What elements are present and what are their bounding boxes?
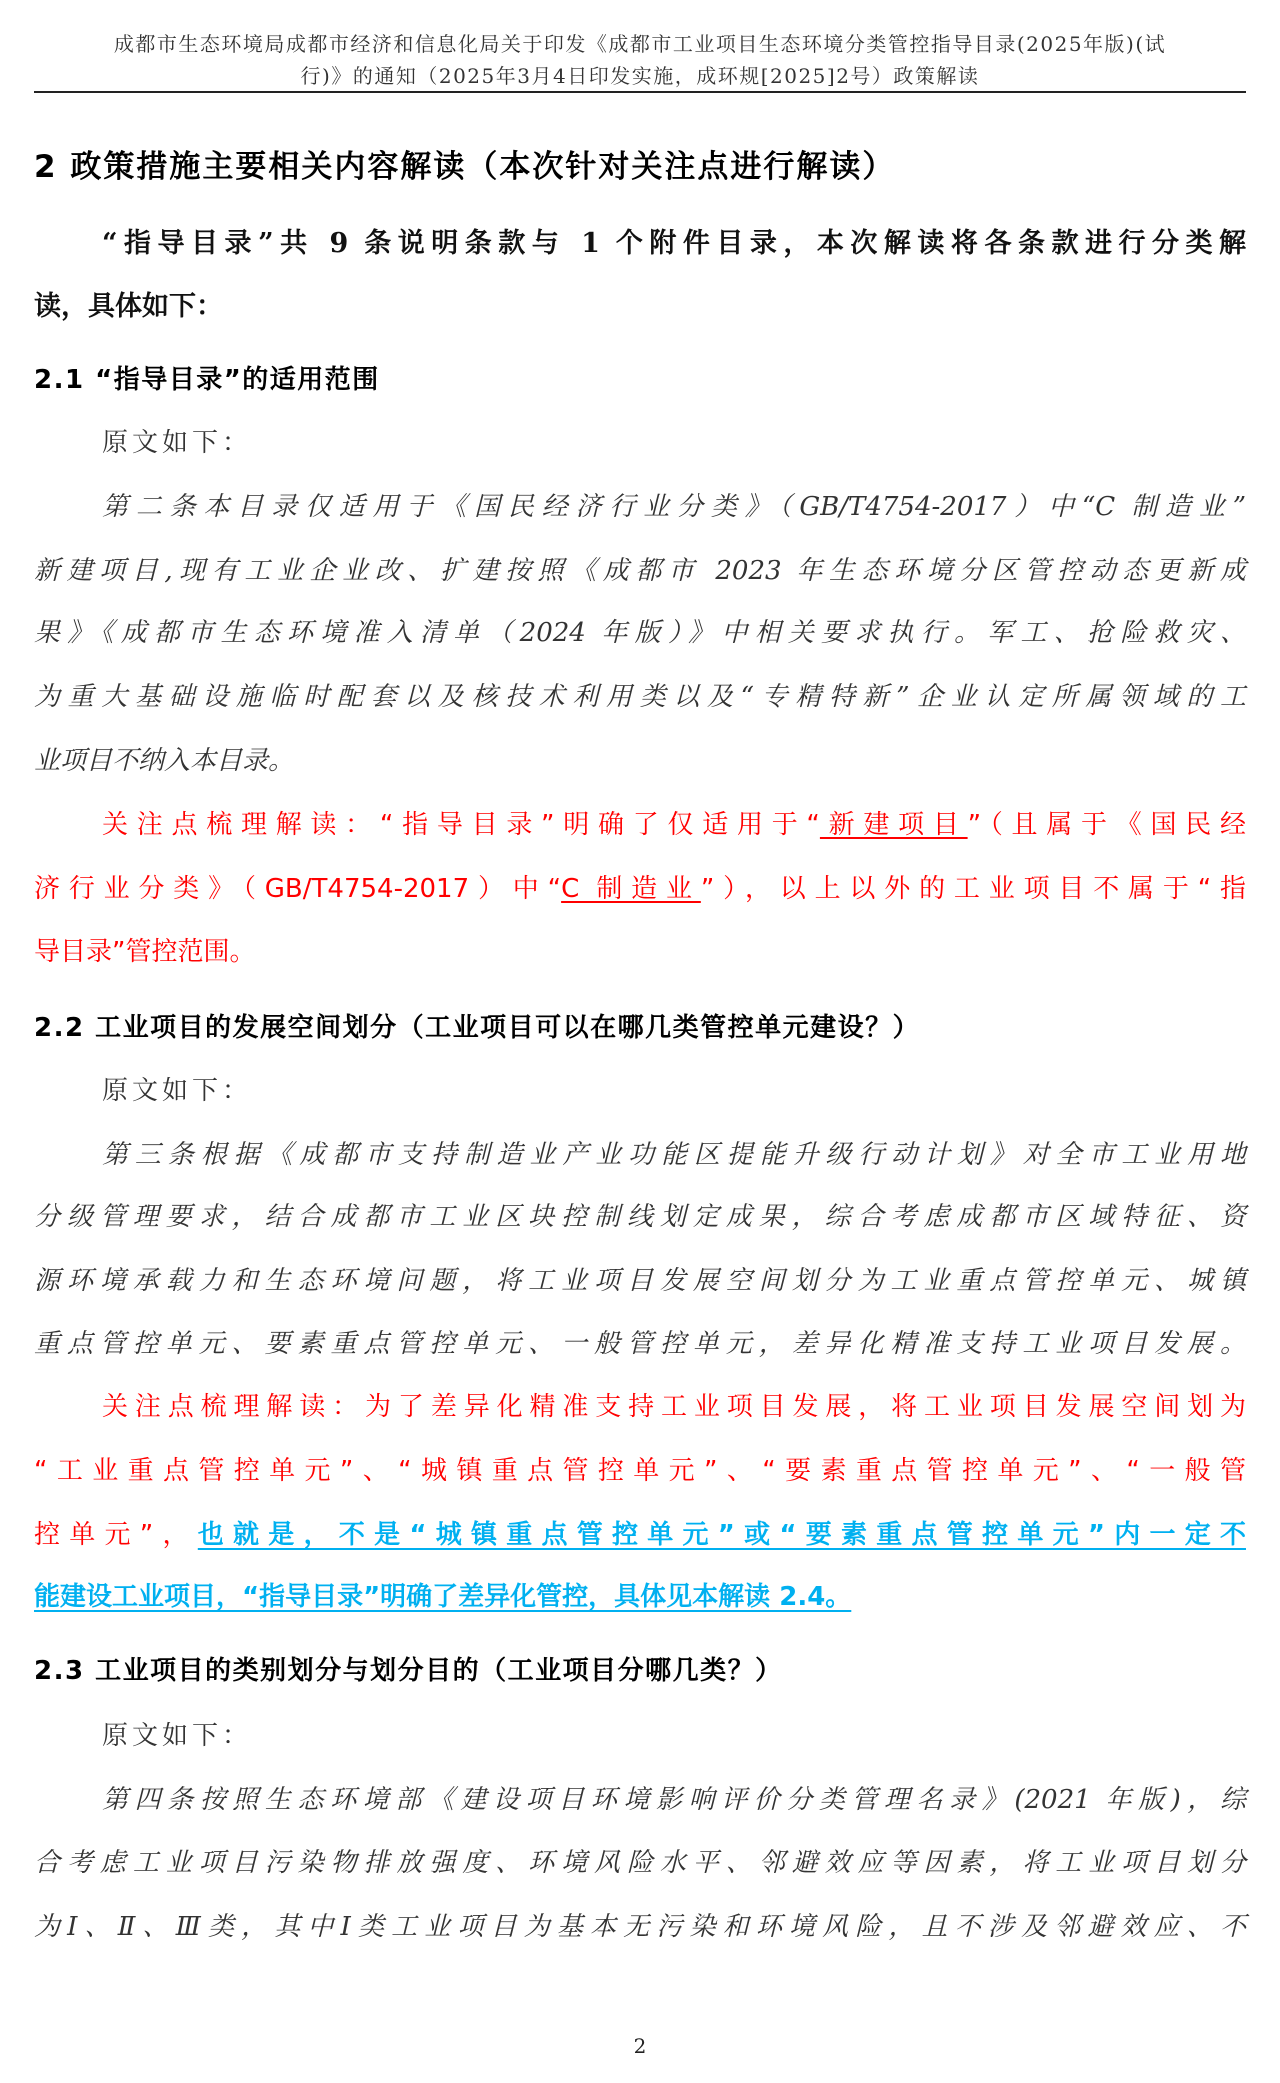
note-line: 控单元”，也就是，不是“城镇重点管控单元”或“要素重点管控单元”内一定不 <box>34 1515 1246 1555</box>
underlined-term: 新建项目 <box>820 810 968 840</box>
note-line: 济行业分类》（GB/T4754-2017）中“C 制造业”），以上以外的工业项目… <box>34 869 1246 909</box>
quote-line: 为重大基础设施临时配套以及核技术利用类以及“专精特新”企业认定所属领域的工 <box>34 677 1246 717</box>
quote-line: 新建项目,现有工业企业改、扩建按照《成都市 2023 年生态环境分区管控动态更新… <box>34 551 1246 591</box>
note-line: 导目录”管控范围。 <box>34 932 1246 972</box>
note-text: 济行业分类》（GB/T4754-2017）中“ <box>34 874 561 904</box>
quote-line: 第三条根据《成都市支持制造业产业功能区提能升级行动计划》对全市工业用地 <box>34 1135 1246 1175</box>
subsection-heading-2-2: 2.2 工业项目的发展空间划分（工业项目可以在哪几类管控单元建设？） <box>34 1008 1246 1048</box>
section-heading: 2 政策措施主要相关内容解读（本次针对关注点进行解读） <box>34 147 1246 187</box>
highlighted-note: 能建设工业项目，“指导目录”明确了差异化管控，具体见本解读 2.4。 <box>34 1582 851 1612</box>
note-text: ”），以上以外的工业项目不属于“指 <box>701 874 1246 904</box>
note-line: 关注点梳理解读：“指导目录”明确了仅适用于“新建项目”（且属于《国民经 <box>34 805 1246 845</box>
quote-line: 合考虑工业项目污染物排放强度、环境风险水平、邻避效应等因素，将工业项目划分 <box>34 1843 1246 1883</box>
intro-line-2: 读，具体如下： <box>34 287 1246 327</box>
original-text-label: 原文如下： <box>34 1071 1246 1111</box>
original-text-label: 原文如下： <box>34 1716 1246 1756</box>
underlined-term: C 制造业 <box>561 874 701 904</box>
running-header-line2: 行)》的通知（2025年3月4日印发实施，成环规[2025]2号）政策解读 <box>34 60 1246 92</box>
note-line: “工业重点管控单元”、“城镇重点管控单元”、“要素重点管控单元”、“一般管 <box>34 1451 1246 1491</box>
quote-line: 分级管理要求，结合成都市工业区块控制线划定成果，综合考虑成都市区域特征、资 <box>34 1197 1246 1237</box>
note-text: 关注点梳理解读：“指导目录”明确了仅适用于“ <box>102 810 820 840</box>
quote-line: 为Ⅰ、Ⅱ、Ⅲ类，其中Ⅰ类工业项目为基本无污染和环境风险，且不涉及邻避效应、不 <box>34 1907 1246 1947</box>
note-line: 关注点梳理解读：为了差异化精准支持工业项目发展，将工业项目发展空间划为 <box>34 1387 1246 1427</box>
subsection-heading-2-1: 2.1 “指导目录”的适用范围 <box>34 360 1246 400</box>
quote-line: 源环境承载力和生态环境问题，将工业项目发展空间划分为工业重点管控单元、城镇 <box>34 1261 1246 1301</box>
page-number: 2 <box>0 2034 1280 2058</box>
note-text: 控单元”， <box>34 1520 198 1550</box>
header-divider <box>34 91 1246 93</box>
document-page: 成都市生态环境局成都市经济和信息化局关于印发《成都市工业项目生态环境分类管控指导… <box>0 0 1280 2083</box>
highlighted-note: 也就是，不是“城镇重点管控单元”或“要素重点管控单元”内一定不 <box>198 1520 1246 1550</box>
original-text-label: 原文如下： <box>34 423 1246 463</box>
note-text: ”（且属于《国民经 <box>968 810 1246 840</box>
quote-line: 第四条按照生态环境部《建设项目环境影响评价分类管理名录》(2021 年版)，综 <box>34 1780 1246 1820</box>
quote-line: 果》《成都市生态环境准入清单（2024 年版）》中相关要求执行。军工、抢险救灾、 <box>34 613 1246 653</box>
running-header-line1: 成都市生态环境局成都市经济和信息化局关于印发《成都市工业项目生态环境分类管控指导… <box>34 28 1246 60</box>
subsection-heading-2-3: 2.3 工业项目的类别划分与划分目的（工业项目分哪几类？） <box>34 1651 1246 1691</box>
note-line: 能建设工业项目，“指导目录”明确了差异化管控，具体见本解读 2.4。 <box>34 1577 1246 1617</box>
quote-line: 业项目不纳入本目录。 <box>34 741 1246 781</box>
intro-line-1: “指导目录”共 9 条说明条款与 1 个附件目录，本次解读将各条款进行分类解 <box>34 224 1246 264</box>
quote-line: 重点管控单元、要素重点管控单元、一般管控单元，差异化精准支持工业项目发展。 <box>34 1324 1246 1364</box>
quote-line: 第二条本目录仅适用于《国民经济行业分类》（GB/T4754-2017）中“C 制… <box>34 487 1246 527</box>
